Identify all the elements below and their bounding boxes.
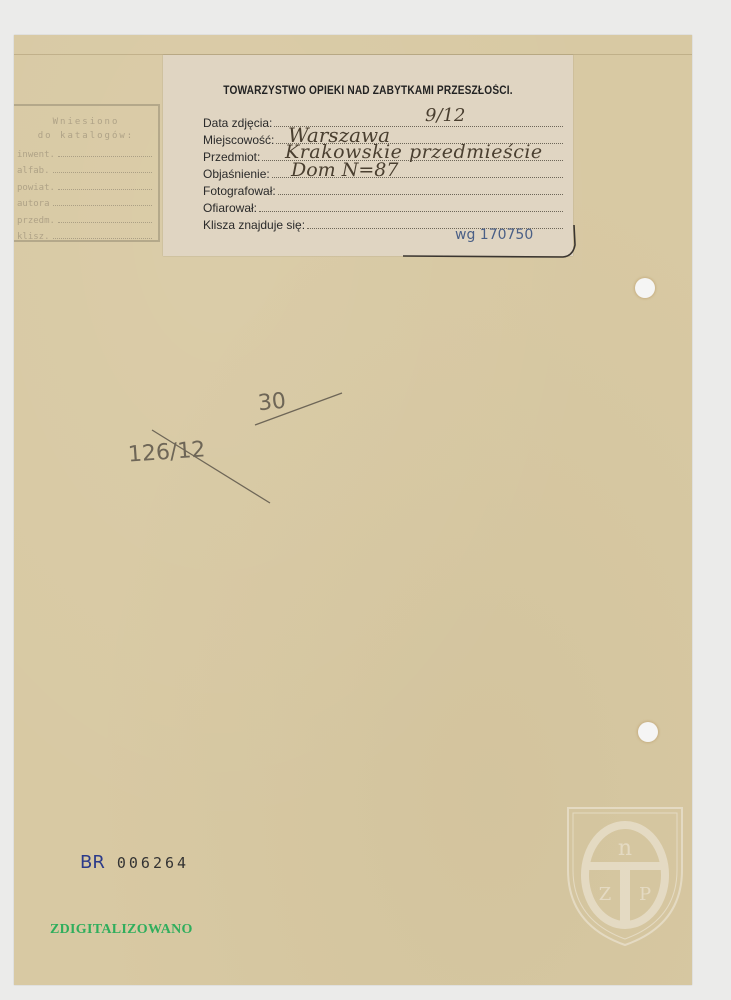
stamp-row-inwent: inwent.: [14, 143, 158, 160]
stamp-row-powiat: powiat.: [14, 176, 158, 193]
archive-id-prefix: BR: [80, 852, 105, 873]
pencil-bracket: [403, 223, 585, 259]
field-donor: Ofiarował:: [203, 198, 563, 215]
society-label-card: TOWARZYSTWO OPIEKI NAD ZABYTKAMI PRZESZŁ…: [163, 55, 573, 256]
svg-text:Z: Z: [599, 884, 612, 905]
catalog-entry-stamp: Wniesiono do katalogów: inwent. alfab. p…: [14, 104, 160, 242]
archive-id: BR 006264: [80, 852, 189, 873]
digitized-stamp: ZDIGITALIZOWANO: [50, 922, 193, 938]
svg-text:n: n: [618, 836, 632, 861]
punch-hole-lower: [638, 722, 658, 742]
pencil-strike-lines: [120, 385, 360, 515]
handwritten-explanation: Dom N=87: [291, 159, 398, 181]
field-photographer: Fotografował:: [203, 181, 563, 198]
svg-text:P: P: [639, 884, 651, 905]
handwritten-date: 9/12: [425, 105, 465, 126]
stamp-row-alfab: alfab.: [14, 160, 158, 177]
tonzp-shield-watermark-icon: n Z P: [560, 800, 690, 950]
society-title: TOWARZYSTWO OPIEKI NAD ZABYTKAMI PRZESZŁ…: [188, 85, 549, 97]
archive-id-number: 006264: [117, 854, 189, 872]
stamp-row-przedm: przedm.: [14, 209, 158, 226]
punch-hole-upper: [635, 278, 655, 298]
stamp-row-klisz: klisz.: [14, 226, 158, 243]
stamp-row-autora: autora: [14, 193, 158, 210]
stamp-title: Wniesiono do katalogów:: [14, 115, 158, 143]
